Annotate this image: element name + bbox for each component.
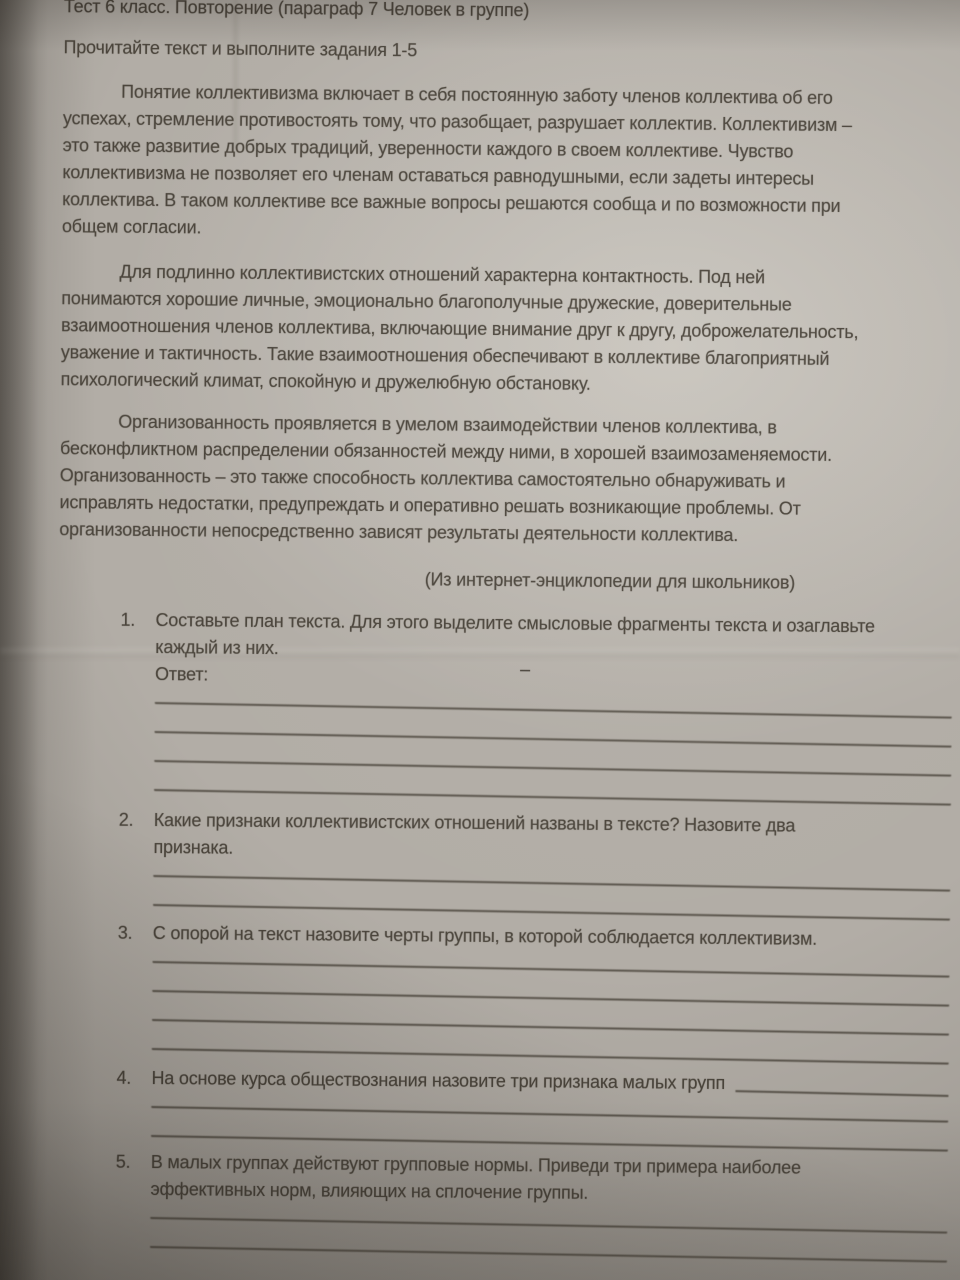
question-2-answer-lines [153, 848, 950, 913]
question-3-body: С опорой на текст назовите черты группы,… [152, 920, 950, 1057]
question-2-number: 2. [118, 807, 154, 906]
question-4: 4. На основе курса обществознания назови… [54, 1064, 931, 1144]
passage-attribution-row: (Из интернет-энциклопедии для школьников… [59, 563, 935, 598]
question-3-number: 3. [117, 920, 153, 1050]
question-5-answer-lines [150, 1190, 947, 1255]
worksheet-title: Тест 6 класс. Повторение (параграф 7 Чел… [64, 0, 940, 28]
question-4-number: 4. [116, 1065, 152, 1137]
question-3: 3. С опорой на текст назовите черты груп… [55, 919, 932, 1057]
question-1-text: Составьте план текста. Для этого выделит… [155, 607, 952, 668]
question-1-answer-lines [154, 675, 952, 798]
question-4-answer-lines [151, 1079, 948, 1144]
question-2-body: Какие признаки коллективистских отношени… [153, 807, 951, 913]
question-5-body: В малых группах действуют групповые норм… [150, 1149, 948, 1255]
question-5: 5. В малых группах действуют групповые н… [53, 1148, 930, 1255]
question-1: 1. Составьте план текста. Для этого выде… [57, 606, 935, 798]
question-1-body: Составьте план текста. Для этого выделит… [154, 607, 953, 798]
question-2: 2. Какие признаки коллективистских отнош… [56, 806, 933, 913]
worksheet-instruction: Прочитайте текст и выполните задания 1-5 [63, 34, 939, 69]
paper-sheet: Тест 6 класс. Повторение (параграф 7 Чел… [0, 0, 960, 1280]
passage-paragraph-2: Для подлинно коллективистских отношений … [61, 258, 938, 401]
question-4-body: На основе курса обществознания назовите … [151, 1065, 949, 1144]
passage-paragraph-3: Организованность проявляется в умелом вз… [59, 408, 936, 551]
passage-paragraph-1: Понятие коллективизма включает в себя по… [62, 78, 939, 248]
question-3-answer-lines [152, 934, 950, 1057]
passage-attribution: (Из интернет-энциклопедии для школьников… [425, 569, 795, 592]
question-1-number: 1. [119, 607, 156, 791]
question-5-number: 5. [115, 1149, 151, 1248]
dash-mark: – [520, 656, 530, 683]
worksheet-photo: Тест 6 класс. Повторение (параграф 7 Чел… [0, 0, 960, 1280]
worksheet-content: Тест 6 класс. Повторение (параграф 7 Чел… [0, 0, 960, 1255]
